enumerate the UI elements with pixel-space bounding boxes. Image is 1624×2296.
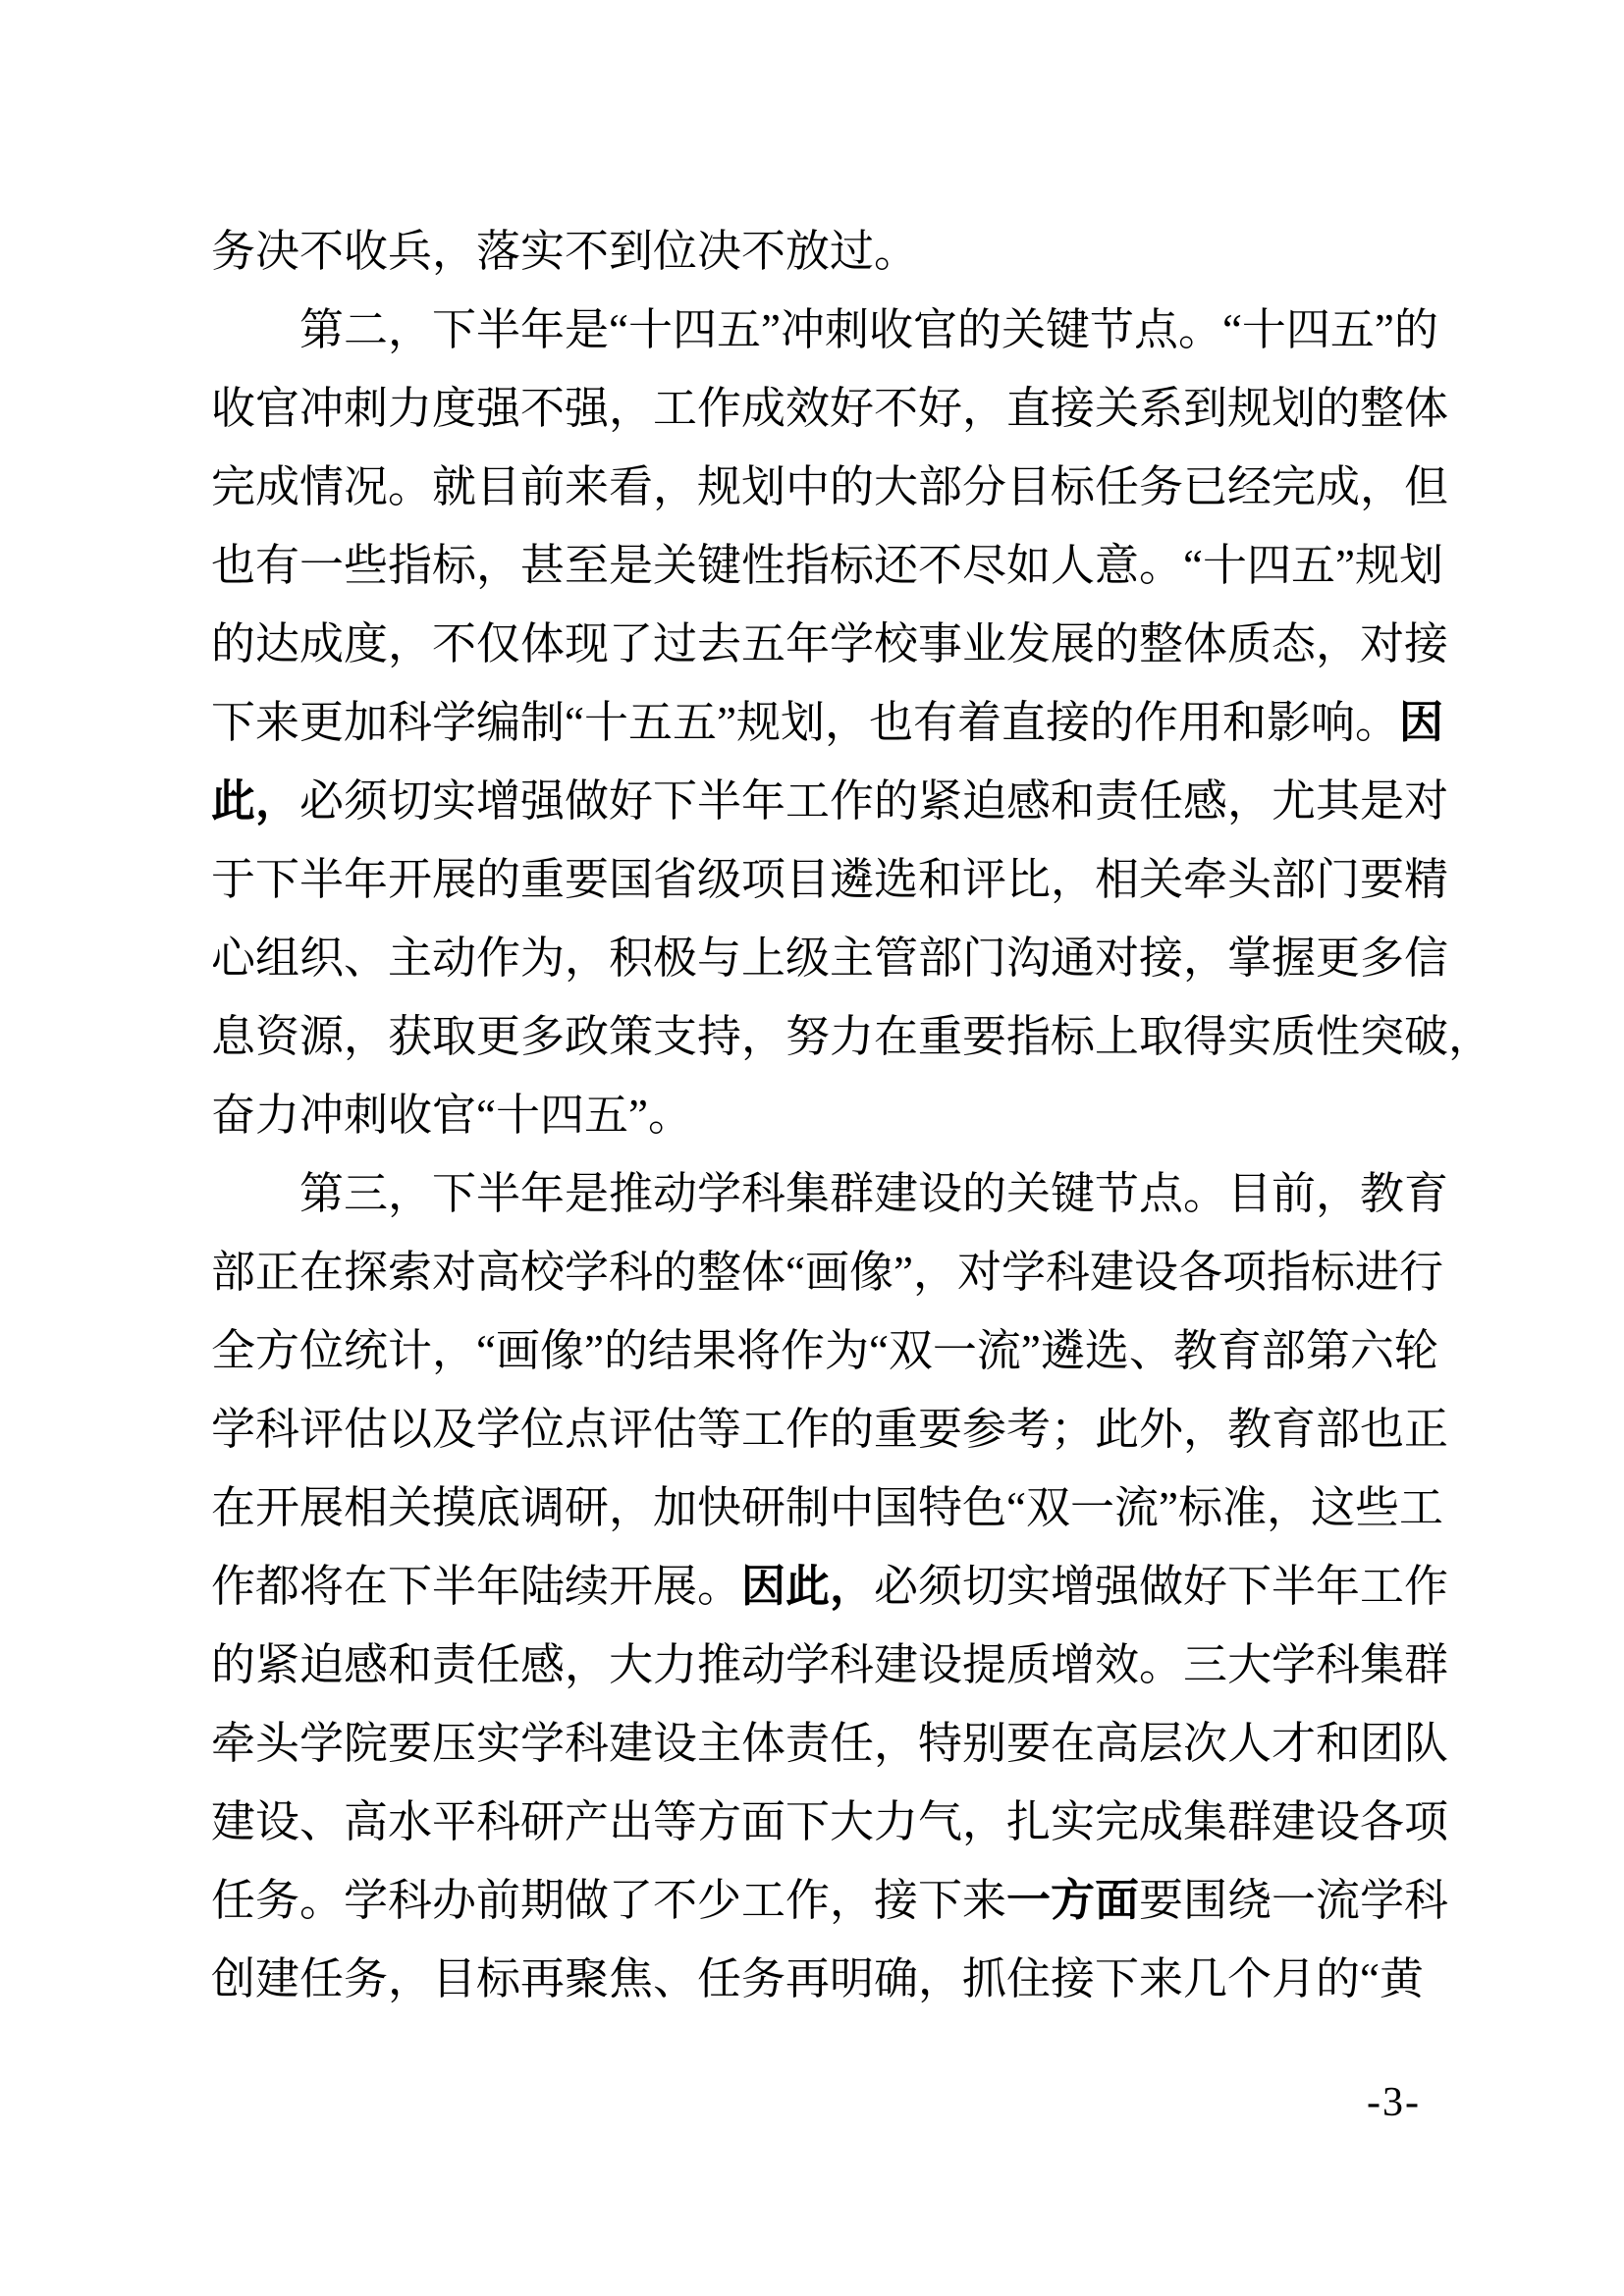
- body-text: 任务。学科办前期做了不少工作，接下来: [211, 1876, 1006, 1925]
- text-line: 务决不收兵，落实不到位决不放过。: [211, 212, 1417, 291]
- text-line: 学科评估以及学位点评估等工作的重要参考；此外，教育部也正: [211, 1390, 1417, 1468]
- text-line: 奋力冲刺收官“十四五”。: [211, 1076, 1417, 1154]
- text-line: 牵头学院要压实学科建设主体责任，特别要在高层次人才和团队: [211, 1704, 1417, 1783]
- body-text: 作都将在下半年陆续开展。: [211, 1562, 741, 1611]
- document-page: 务决不收兵，落实不到位决不放过。第二，下半年是“十四五”冲刺收官的关键节点。“十…: [0, 0, 1624, 2296]
- text-line: 收官冲刺力度强不强，工作成效好不好，直接关系到规划的整体: [211, 369, 1417, 448]
- text-line: 创建任务，目标再聚焦、任务再明确，抓住接下来几个月的“黄: [211, 1940, 1417, 2018]
- body-text: 收官冲刺力度强不强，工作成效好不好，直接关系到规划的整体: [211, 384, 1448, 433]
- emphasis-text: 因: [1399, 698, 1443, 747]
- body-text: 息资源，获取更多政策支持，努力在重要指标上取得实质性突破，: [211, 1012, 1492, 1061]
- text-line: 在开展相关摸底调研，加快研制中国特色“双一流”标准，这些工: [211, 1468, 1417, 1547]
- body-text: 牵头学院要压实学科建设主体责任，特别要在高层次人才和团队: [211, 1719, 1448, 1768]
- text-line: 的达成度，不仅体现了过去五年学校事业发展的整体质态，对接: [211, 605, 1417, 683]
- text-line: 全方位统计，“画像”的结果将作为“双一流”遴选、教育部第六轮: [211, 1311, 1417, 1390]
- emphasis-text: 一方面: [1006, 1876, 1139, 1925]
- text-line: 息资源，获取更多政策支持，努力在重要指标上取得实质性突破，: [211, 997, 1417, 1076]
- text-line: 下来更加科学编制“十五五”规划，也有着直接的作用和影响。因: [211, 683, 1417, 762]
- document-lines: 务决不收兵，落实不到位决不放过。第二，下半年是“十四五”冲刺收官的关键节点。“十…: [211, 212, 1417, 2018]
- body-text: 必须切实增强做好下半年工作的紧迫感和责任感，尤其是对: [299, 776, 1448, 826]
- body-text: 于下半年开展的重要国省级项目遴选和评比，相关牵头部门要精: [211, 855, 1448, 904]
- body-text: 全方位统计，“画像”的结果将作为“双一流”遴选、教育部第六轮: [211, 1326, 1438, 1375]
- body-text: 部正在探索对高校学科的整体“画像”，对学科建设各项指标进行: [211, 1248, 1443, 1297]
- body-text: 要围绕一流学科: [1139, 1876, 1448, 1925]
- body-text: 完成情况。就目前来看，规划中的大部分目标任务已经完成，但: [211, 462, 1448, 511]
- body-text: 下来更加科学编制“十五五”规划，也有着直接的作用和影响。: [211, 698, 1399, 747]
- text-line: 第三，下半年是推动学科集群建设的关键节点。目前，教育: [211, 1154, 1417, 1233]
- body-text: 第二，下半年是“十四五”冲刺收官的关键节点。“十四五”的: [299, 305, 1438, 354]
- body-text: 在开展相关摸底调研，加快研制中国特色“双一流”标准，这些工: [211, 1483, 1443, 1532]
- text-line: 作都将在下半年陆续开展。因此，必须切实增强做好下半年工作: [211, 1547, 1417, 1626]
- body-text: 建设、高水平科研产出等方面下大力气，扎实完成集群建设各项: [211, 1797, 1448, 1846]
- text-line: 第二，下半年是“十四五”冲刺收官的关键节点。“十四五”的: [211, 291, 1417, 369]
- body-text: 心组织、主动作为，积极与上级主管部门沟通对接，掌握更多信: [211, 934, 1448, 983]
- emphasis-text: 因此，: [741, 1562, 874, 1611]
- text-line: 完成情况。就目前来看，规划中的大部分目标任务已经完成，但: [211, 448, 1417, 526]
- body-text: 第三，下半年是推动学科集群建设的关键节点。目前，教育: [299, 1169, 1448, 1218]
- body-text: 的紧迫感和责任感，大力推动学科建设提质增效。三大学科集群: [211, 1640, 1448, 1689]
- text-line: 任务。学科办前期做了不少工作，接下来一方面要围绕一流学科: [211, 1861, 1417, 1940]
- text-line: 也有一些指标，甚至是关键性指标还不尽如人意。“十四五”规划: [211, 526, 1417, 605]
- text-line: 心组织、主动作为，积极与上级主管部门沟通对接，掌握更多信: [211, 919, 1417, 997]
- body-text: 创建任务，目标再聚焦、任务再明确，抓住接下来几个月的“黄: [211, 1954, 1424, 2003]
- page-number: -3-: [1367, 2079, 1421, 2126]
- text-line: 部正在探索对高校学科的整体“画像”，对学科建设各项指标进行: [211, 1233, 1417, 1311]
- emphasis-text: 此，: [211, 776, 299, 826]
- text-line: 于下半年开展的重要国省级项目遴选和评比，相关牵头部门要精: [211, 840, 1417, 919]
- body-text: 的达成度，不仅体现了过去五年学校事业发展的整体质态，对接: [211, 619, 1448, 668]
- text-line: 建设、高水平科研产出等方面下大力气，扎实完成集群建设各项: [211, 1783, 1417, 1861]
- body-text: 必须切实增强做好下半年工作: [874, 1562, 1448, 1611]
- body-text: 奋力冲刺收官“十四五”。: [211, 1091, 692, 1140]
- body-text: 务决不收兵，落实不到位决不放过。: [211, 227, 918, 276]
- body-text: 也有一些指标，甚至是关键性指标还不尽如人意。“十四五”规划: [211, 541, 1443, 590]
- body-text: 学科评估以及学位点评估等工作的重要参考；此外，教育部也正: [211, 1405, 1448, 1454]
- text-line: 的紧迫感和责任感，大力推动学科建设提质增效。三大学科集群: [211, 1626, 1417, 1704]
- text-line: 此，必须切实增强做好下半年工作的紧迫感和责任感，尤其是对: [211, 762, 1417, 840]
